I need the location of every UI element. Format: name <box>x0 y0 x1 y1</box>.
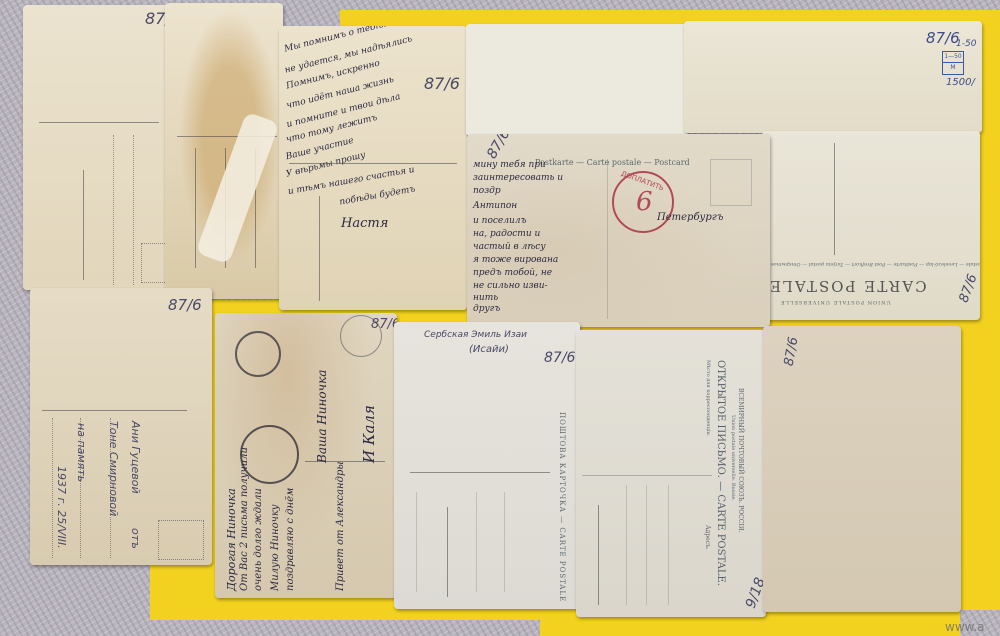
center-divider <box>607 159 608 319</box>
printed-languages: Cartolina postale — Levelezö-lap — Postk… <box>762 261 980 267</box>
handwriting-line: Антипон <box>473 201 517 211</box>
handwriting-line: Ваша Ниночка <box>315 370 329 463</box>
photo-scene: 87/6 87/6 87/6 Мы помнимъ о тебѣ. не уда… <box>0 0 1000 636</box>
divider-line <box>42 410 187 411</box>
pencil-note: 87/6 <box>782 336 802 367</box>
postmark <box>235 331 281 377</box>
postcard-carte-postale: Cartolina postale — Levelezö-lap — Postk… <box>762 131 980 320</box>
price-note: 1-50 <box>956 39 976 49</box>
handwriting-line: Милую Ниночку <box>270 504 281 591</box>
handwriting-line: очень долго ждали <box>253 488 264 591</box>
handwriting-line: заинтересовать и <box>473 173 563 183</box>
divider-line <box>582 475 712 476</box>
printed-header: Postkarte — Carte postale — Postcard <box>535 158 690 167</box>
postcard-handwritten-letter: 87/6 Мы помнимъ о тебѣ. не удается, мы н… <box>279 26 467 310</box>
stamp-box <box>158 520 204 560</box>
printed-subtitle: UNION POSTALE UNIVERSELLE <box>780 299 891 305</box>
address-line <box>668 485 669 605</box>
divider-line <box>289 163 457 164</box>
address-line <box>83 170 84 280</box>
printed-address: Адресъ. <box>704 525 711 550</box>
address-line <box>646 485 647 605</box>
pencil-note: 87/6 <box>484 134 514 162</box>
handwriting-line: мину тебя при <box>473 160 546 170</box>
handwriting-line: побѣды будетъ <box>339 184 416 207</box>
postcard-stained: 87/6 <box>165 3 283 299</box>
printed-header: ВСЕМИРНЫЙ ПОЧТОВЫЙ СОЮЗЪ. РОССІЯ. <box>737 388 744 532</box>
handwriting-line: на память <box>75 423 88 482</box>
address-line <box>447 507 448 597</box>
date-inscription: 1937 г. 25/VIII. <box>55 466 68 549</box>
handwriting-line: другъ <box>473 304 500 314</box>
pencil-note: 87/6 <box>957 272 980 305</box>
address-line <box>319 196 320 301</box>
printed-title: ОТКРЫТОЕ ПИСЬМО. — CARTE POSTALE. <box>715 360 726 586</box>
postcard-bottom-left: 87/6 Ани Гуцевой Тоне Смирновой на памят… <box>30 288 212 565</box>
blue-stamp-box: 1—50 М <box>942 51 964 75</box>
handwriting-line: и поселилъ <box>473 216 527 226</box>
printed-title: CARTE POSTALE <box>768 277 927 295</box>
postcard-blank <box>466 24 688 136</box>
pencil-note: 87/6 <box>544 350 575 366</box>
handwriting-line: на, радости и <box>473 229 540 239</box>
dotted-line <box>133 135 134 285</box>
address-line <box>476 492 477 592</box>
divider-line <box>834 143 835 255</box>
address-line <box>504 492 505 592</box>
printed-sub: Union postale universelle. Russie. <box>730 415 736 501</box>
stamp-box-bottom: М <box>943 63 963 73</box>
postcard-otkrytoe-pismo: ВСЕМИРНЫЙ ПОЧТОВЫЙ СОЮЗЪ. РОССІЯ. Union … <box>576 330 766 617</box>
pencil-caption: Сербская Эмиль Изаи <box>424 330 527 340</box>
paper-tear <box>195 112 279 265</box>
pencil-note: 87/6 <box>926 29 960 47</box>
handwriting-line: частый в лѣсу <box>473 242 546 252</box>
handwriting-line: Дорогая Ниночка <box>225 488 238 591</box>
address-text: Петербургъ <box>657 212 723 223</box>
postcard-heavy-handwriting: 87/6 Дорогая Ниночка От Вас 2 письма пол… <box>215 313 397 598</box>
address-line <box>626 485 627 605</box>
watermark: www.a <box>945 620 985 634</box>
postcard-pochtova-kartochka: Сербская Эмиль Изаи (Исайи) 87/6 ПОШТОВА… <box>394 322 580 609</box>
divider-line <box>410 472 550 473</box>
handwriting-line: От Вас 2 письма получили <box>239 447 250 591</box>
stamp-value: 6 <box>636 187 653 217</box>
postage-due-stamp: ДОПЛАТИТЬ 6 <box>612 171 674 233</box>
handwriting-line: я тоже вирована <box>473 255 558 265</box>
postcard-postage-due: 87/6 Postkarte — Carte postale — Postcar… <box>467 134 770 327</box>
postcard-bottom-right: 87/6 <box>763 326 961 612</box>
stamp-box <box>710 159 752 206</box>
handwriting-line: Привет от Александры <box>335 461 346 591</box>
address-line <box>416 492 417 592</box>
pencil-note: 87/6 <box>424 74 460 93</box>
handwriting-line: И Каля <box>360 405 378 463</box>
printed-title: ПОШТОВА КАРТОЧКА — CARTE POSTALE <box>558 412 566 602</box>
handwriting-line: нить <box>473 293 498 303</box>
divider-line <box>39 122 159 123</box>
handwriting-line: поздравляю с днём <box>285 488 296 591</box>
handwriting-line: Ани Гуцевой <box>129 421 142 494</box>
extra-note: 1500/ <box>946 77 975 88</box>
printed-note: Мѣсто для корреспонденціи. <box>705 360 711 436</box>
postmark <box>340 315 382 357</box>
handwriting-line: предъ тобой, не <box>473 268 552 278</box>
handwriting-line: Тоне Смирновой <box>107 421 120 516</box>
address-line <box>598 505 599 605</box>
pencil-note: 87/6 <box>168 296 202 314</box>
handwriting-line: не сильно изви- <box>473 281 548 291</box>
postcard-top-right: 87/6 1-50 1—50 М 1500/ <box>684 21 982 133</box>
handwriting-line: отъ <box>129 528 142 549</box>
dotted-line <box>113 135 114 285</box>
signature: Настя <box>341 216 388 231</box>
postcard-top-left: 87/6 <box>23 5 175 290</box>
address-line <box>195 148 196 268</box>
stamp-box-top: 1—50 <box>943 52 963 63</box>
handwriting-line: поздр <box>473 186 501 196</box>
pencil-caption-2: (Исайи) <box>469 344 509 355</box>
dotted-line <box>52 418 53 558</box>
